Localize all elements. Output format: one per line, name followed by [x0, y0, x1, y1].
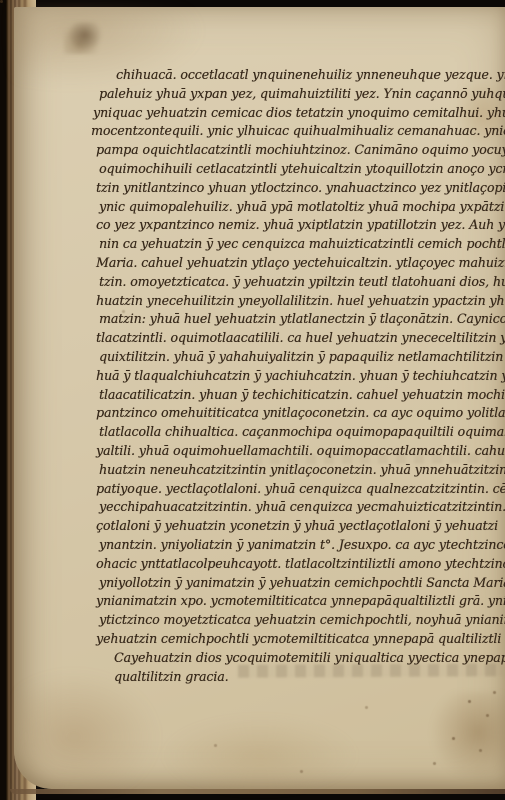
manuscript-line: ynantzin. yniyoliatzin ȳ yanimatzin t°. … [99, 536, 505, 555]
manuscript-line: patiyoque. yectlaçotlaloni. yhuā cenquiz… [96, 480, 505, 499]
manuscript-line: ytictzinco moyetzticatca yehuatzin cemic… [99, 611, 505, 630]
manuscript-line: oquimochihuili cetlacatzintli ytehuicalt… [99, 160, 505, 179]
manuscript-line: yehuatzin cemichpochtli ycmotemiltiticat… [96, 630, 505, 649]
manuscript-line: yaltili. yhuā oquimohuellamachtili. oqui… [96, 442, 505, 461]
manuscript-line: huatzin ynecehuilitzin yneyollalilitzin.… [96, 292, 505, 311]
manuscript-line: yecchipahuacatzitzintin. yhuā cenquizca … [99, 498, 505, 517]
manuscript-line: tlatlacolla chihualtica. caçanmochipa oq… [99, 423, 505, 442]
manuscript-line: co yez yxpantzinco nemiz. yhuā yxiptlatz… [96, 216, 505, 235]
manuscript-line: Maria. cahuel yehuatzin ytlaço yectehuic… [96, 254, 505, 273]
page-bottom-edge [10, 789, 505, 794]
manuscript-line: mocentzontequili. ynic ylhuicac quihualm… [91, 122, 505, 141]
manuscript-line: chihuacā. occetlacatl ynquinenehuiliz yn… [116, 66, 505, 85]
manuscript-text-block: chihuacā. occetlacatl ynquinenehuiliz yn… [96, 66, 505, 686]
book-photograph: chihuacā. occetlacatl ynquinenehuiliz yn… [0, 0, 505, 800]
manuscript-line: tzin ynitlantzinco yhuan ytloctzinco. yn… [96, 179, 505, 198]
manuscript-line: pampa oquichtlacatzintli mochiuhtzinoz. … [96, 141, 505, 160]
manuscript-line: ynic quimopalehuiliz. yhuā ypā motlatolt… [99, 198, 505, 217]
manuscript-line: quixtilitzin. yhuā ȳ yahahuiyalitzin ȳ p… [99, 348, 505, 367]
manuscript-line: pantzinco omehuititicatca ynitlaçoconetz… [96, 404, 505, 423]
manuscript-line: yniquac yehuatzin cemicac dios tetatzin … [93, 104, 505, 123]
manuscript-line: palehuiz yhuā yxpan yez, quimahuiztiliti… [99, 85, 505, 104]
manuscript-line: huatzin neneuhcatzitzintin ynitlaçoconet… [99, 461, 505, 480]
manuscript-line: Cayehuatzin dios ycoquimotemitili yniqua… [114, 649, 505, 668]
manuscript-line: matzin: yhuā huel yehuatzin ytlatlanectz… [99, 310, 505, 329]
manuscript-line: ynianimatzin xpo. ycmotemiltiticatca ynn… [96, 592, 505, 611]
manuscript-line: çotlaloni ȳ yehuatzin yconetzin ȳ yhuā y… [96, 517, 505, 536]
manuscript-line: nin ca yehuatzin ȳ yec cenquizca mahuizt… [99, 235, 505, 254]
manuscript-line: yniyollotzin ȳ yanimatzin ȳ yehuatzin ce… [99, 574, 505, 593]
manuscript-line: tzin. omoyetzticatca. ȳ yehuatzin ypiltz… [99, 273, 505, 292]
manuscript-line: huā ȳ tlaqualchiuhcatzin ȳ yachiuhcatzin… [96, 367, 505, 386]
manuscript-line: tlaacatilicatzin. yhuan ȳ techichiticatz… [99, 386, 505, 405]
manuscript-line: ohacic ynttatlacolpeuhcayott. tlatlacolt… [96, 555, 505, 574]
manuscript-line: qualtilitzin gracia. [114, 668, 505, 687]
manuscript-line: tlacatzintli. oquimotlaacatilili. ca hue… [96, 329, 505, 348]
